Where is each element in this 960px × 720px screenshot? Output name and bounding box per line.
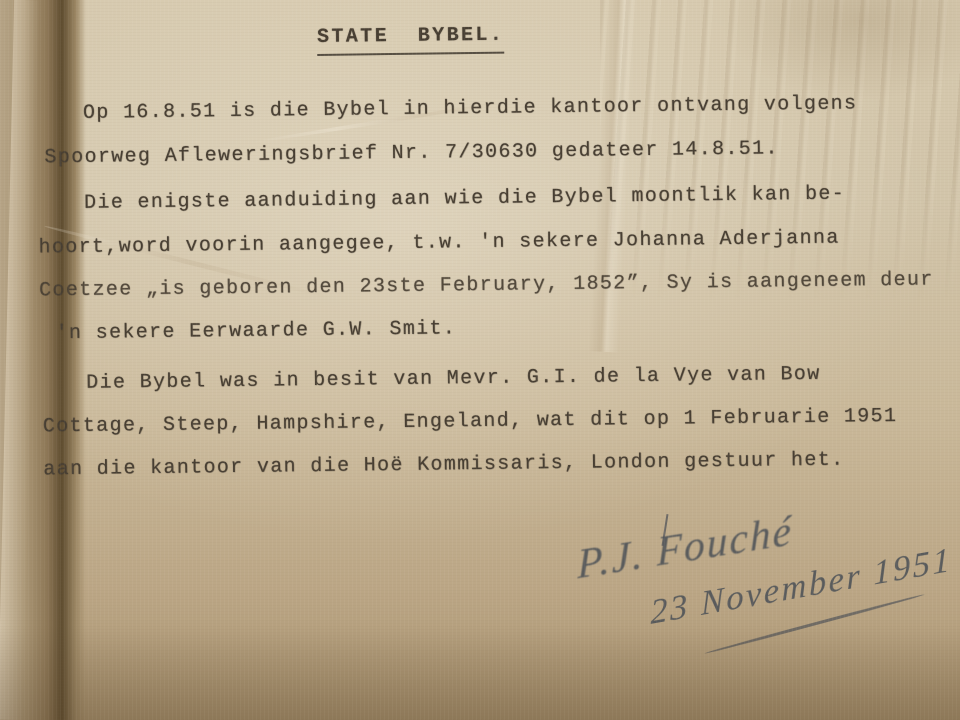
typed-line: 'n sekere Eerwaarde G.W. Smit. [56, 317, 457, 345]
typed-line: Die Bybel was in besit van Mevr. G.I. de… [86, 363, 821, 395]
typed-line: hoort,word voorin aangegee, t.w. 'n seke… [38, 227, 839, 260]
typed-line: Coetzee „is geboren den 23ste February, … [39, 268, 934, 302]
typed-text-block: STATE BYBEL. Op 16.8.51 is die Bybel in … [0, 0, 960, 720]
typed-line: Cottage, Steep, Hampshire, Engeland, wat… [43, 405, 898, 438]
bottom-shading [0, 625, 960, 720]
typed-line: aan die kantoor van die Hoë Kommissaris,… [43, 449, 844, 482]
document-title: STATE BYBEL. [317, 24, 505, 56]
typed-line: Op 16.8.51 is die Bybel in hierdie kanto… [83, 92, 858, 124]
typed-line: Die enigste aanduiding aan wie die Bybel… [84, 183, 845, 215]
typed-line: Spoorweg Afleweringsbrief Nr. 7/30630 ge… [44, 137, 779, 169]
photographed-typewritten-document: STATE BYBEL. Op 16.8.51 is die Bybel in … [0, 0, 960, 720]
